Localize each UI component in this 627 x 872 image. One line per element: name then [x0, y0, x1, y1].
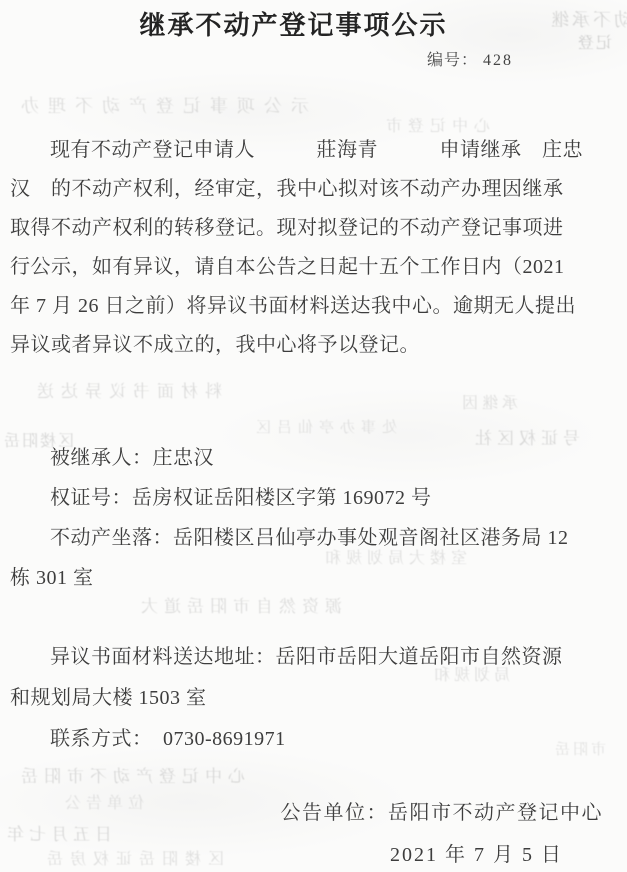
bleedthrough-text: 处事办亭仙吕区 — [250, 416, 397, 437]
contact-line-phone: 联系方式： 0730-8691971 — [10, 719, 619, 760]
doc-number-label: 编号： — [427, 52, 478, 69]
bleedthrough-text: 示公项事记登产动不理办 — [12, 92, 309, 118]
doc-number-value: 428 — [483, 52, 513, 69]
bleedthrough-text: 料材面书议异达送 — [30, 377, 222, 402]
notice-document: 继承不动产登记事项公示 编号：428 现有不动产登记申请人 莊海青 申请继承 庄… — [0, 0, 627, 872]
detail-line-decedent: 被继承人：庄忠汉 — [10, 438, 619, 478]
notice-paragraph: 现有不动产登记申请人 莊海青 申请继承 庄忠 汉 的不动产权利，经审定，我中心拟… — [10, 131, 619, 365]
paragraph-line: 取得不动产权利的转移登记。现对拟登记的不动产登记事项进 — [10, 209, 619, 248]
page-title: 继承不动产登记事项公示 — [0, 5, 587, 42]
detail-line-location: 不动产坐落：岳阳楼区吕仙亭办事处观音阁社区港务局 12 — [10, 518, 619, 558]
bleedthrough-text: 承继因 — [458, 390, 518, 413]
contact-line-address: 异议书面材料送达地址：岳阳市岳阳大道岳阳市自然资源 — [10, 637, 619, 678]
paragraph-line: 汉 的不动产权利，经审定，我中心拟对该不动产办理因继承 — [10, 170, 619, 209]
issuing-unit: 公告单位：岳阳市不动产登记中心 — [0, 800, 603, 826]
paragraph-line: 年 7 月 26 日之前）将异议书面材料送达我中心。逾期无人提出 — [10, 287, 619, 326]
detail-line-certificate-no: 权证号：岳房权证岳阳楼区字第 169072 号 — [10, 478, 619, 518]
doc-number: 编号：428 — [0, 47, 513, 70]
bleedthrough-text: 心中记登产动不市阳岳 — [15, 762, 245, 787]
issue-date: 2021 年 7 月 5 日 — [0, 842, 563, 868]
paragraph-line: 异议或者异议不成立的，我中心将予以登记。 — [10, 326, 619, 365]
paragraph-line: 现有不动产登记申请人 莊海青 申请继承 庄忠 — [10, 131, 619, 170]
estate-details: 被继承人：庄忠汉 权证号：岳房权证岳阳楼区字第 169072 号 不动产坐落：岳… — [10, 438, 619, 598]
contact-line-address-cont: 和规划局大楼 1503 室 — [10, 678, 619, 719]
contact-info: 异议书面材料送达地址：岳阳市岳阳大道岳阳市自然资源 和规划局大楼 1503 室 … — [10, 637, 619, 760]
detail-line-location-cont: 栋 301 室 — [10, 558, 619, 598]
paragraph-line: 行公示，如有异议，请自本公告之日起十五个工作日内（2021 — [10, 248, 619, 287]
